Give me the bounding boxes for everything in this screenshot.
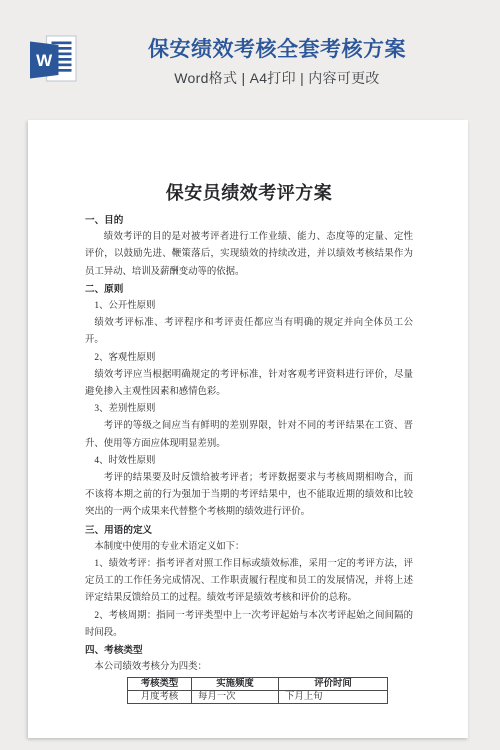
principle-1-title: 1、公开性原则 bbox=[85, 298, 413, 315]
assessment-types-table: 考核类型 实施频度 评价时间 月度考核 每月一次 下月上旬 bbox=[127, 677, 388, 704]
template-title: 保安绩效考核全套考核方案 bbox=[80, 37, 474, 63]
table-header-frequency: 实施频度 bbox=[192, 678, 279, 691]
template-subtitle: Word格式 | A4打印 | 内容可更改 bbox=[80, 70, 474, 86]
principle-3-paragraph: 考评的等级之间应当有鲜明的差别界限，针对不同的考评结果在工资、晋升、使用等方面应… bbox=[85, 418, 413, 452]
principle-1-paragraph: 绩效考评标准、考评程序和考评责任都应当有明确的规定并向全体员工公开。 bbox=[85, 315, 413, 349]
table-row: 月度考核 每月一次 下月上旬 bbox=[128, 691, 388, 704]
header-text-block: 保安绩效考核全套考核方案 Word格式 | A4打印 | 内容可更改 bbox=[80, 35, 474, 86]
section-4-heading: 四、考核类型 bbox=[85, 642, 413, 659]
header-banner: W 保安绩效考核全套考核方案 Word格式 | A4打印 | 内容可更改 bbox=[0, 0, 500, 120]
section-1-paragraph: 绩效考评的目的是对被考评者进行工作业绩、能力、态度等的定量、定性评价，以鼓励先进… bbox=[85, 229, 413, 281]
principle-2-paragraph: 绩效考评应当根据明确规定的考评标准，针对客观考评资料进行评价，尽量避免掺入主观性… bbox=[85, 367, 413, 401]
principle-4-title: 4、时效性原则 bbox=[85, 453, 413, 470]
word-icon-letter: W bbox=[36, 51, 53, 70]
word-file-icon: W bbox=[28, 35, 80, 85]
cell-evaluation-time: 下月上旬 bbox=[279, 691, 388, 704]
assessment-types-intro: 本公司绩效考核分为四类： bbox=[85, 659, 413, 676]
word-icon-graphic: W bbox=[28, 35, 80, 85]
cell-assessment-type: 月度考核 bbox=[128, 691, 192, 704]
section-3-heading: 三、用语的定义 bbox=[85, 522, 413, 539]
section-2-heading: 二、原则 bbox=[85, 281, 413, 298]
table-header-time: 评价时间 bbox=[279, 678, 388, 691]
table-header-type: 考核类型 bbox=[128, 678, 192, 691]
template-preview: W 保安绩效考核全套考核方案 Word格式 | A4打印 | 内容可更改 保安员… bbox=[0, 0, 500, 738]
cell-frequency: 每月一次 bbox=[192, 691, 279, 704]
definitions-intro: 本制度中使用的专业术语定义如下： bbox=[85, 539, 413, 556]
section-1-heading: 一、目的 bbox=[85, 212, 413, 229]
principle-3-title: 3、差别性原则 bbox=[85, 401, 413, 418]
table-header-row: 考核类型 实施频度 评价时间 bbox=[128, 678, 388, 691]
document-page: 保安员绩效考评方案 一、目的 绩效考评的目的是对被考评者进行工作业绩、能力、态度… bbox=[28, 120, 468, 738]
principle-2-title: 2、客观性原则 bbox=[85, 350, 413, 367]
definition-1: 1、绩效考评：指考评者对照工作目标或绩效标准，采用一定的考评方法，评定员工的工作… bbox=[85, 556, 413, 608]
definition-2: 2、考核周期：指同一考评类型中上一次考评起始与本次考评起始之间间隔的时间段。 bbox=[85, 608, 413, 642]
principle-4-paragraph: 考评的结果要及时反馈给被考评者；考评数据要求与考核周期相吻合，而不该将本期之前的… bbox=[85, 470, 413, 522]
doc-title: 保安员绩效考评方案 bbox=[85, 183, 413, 203]
